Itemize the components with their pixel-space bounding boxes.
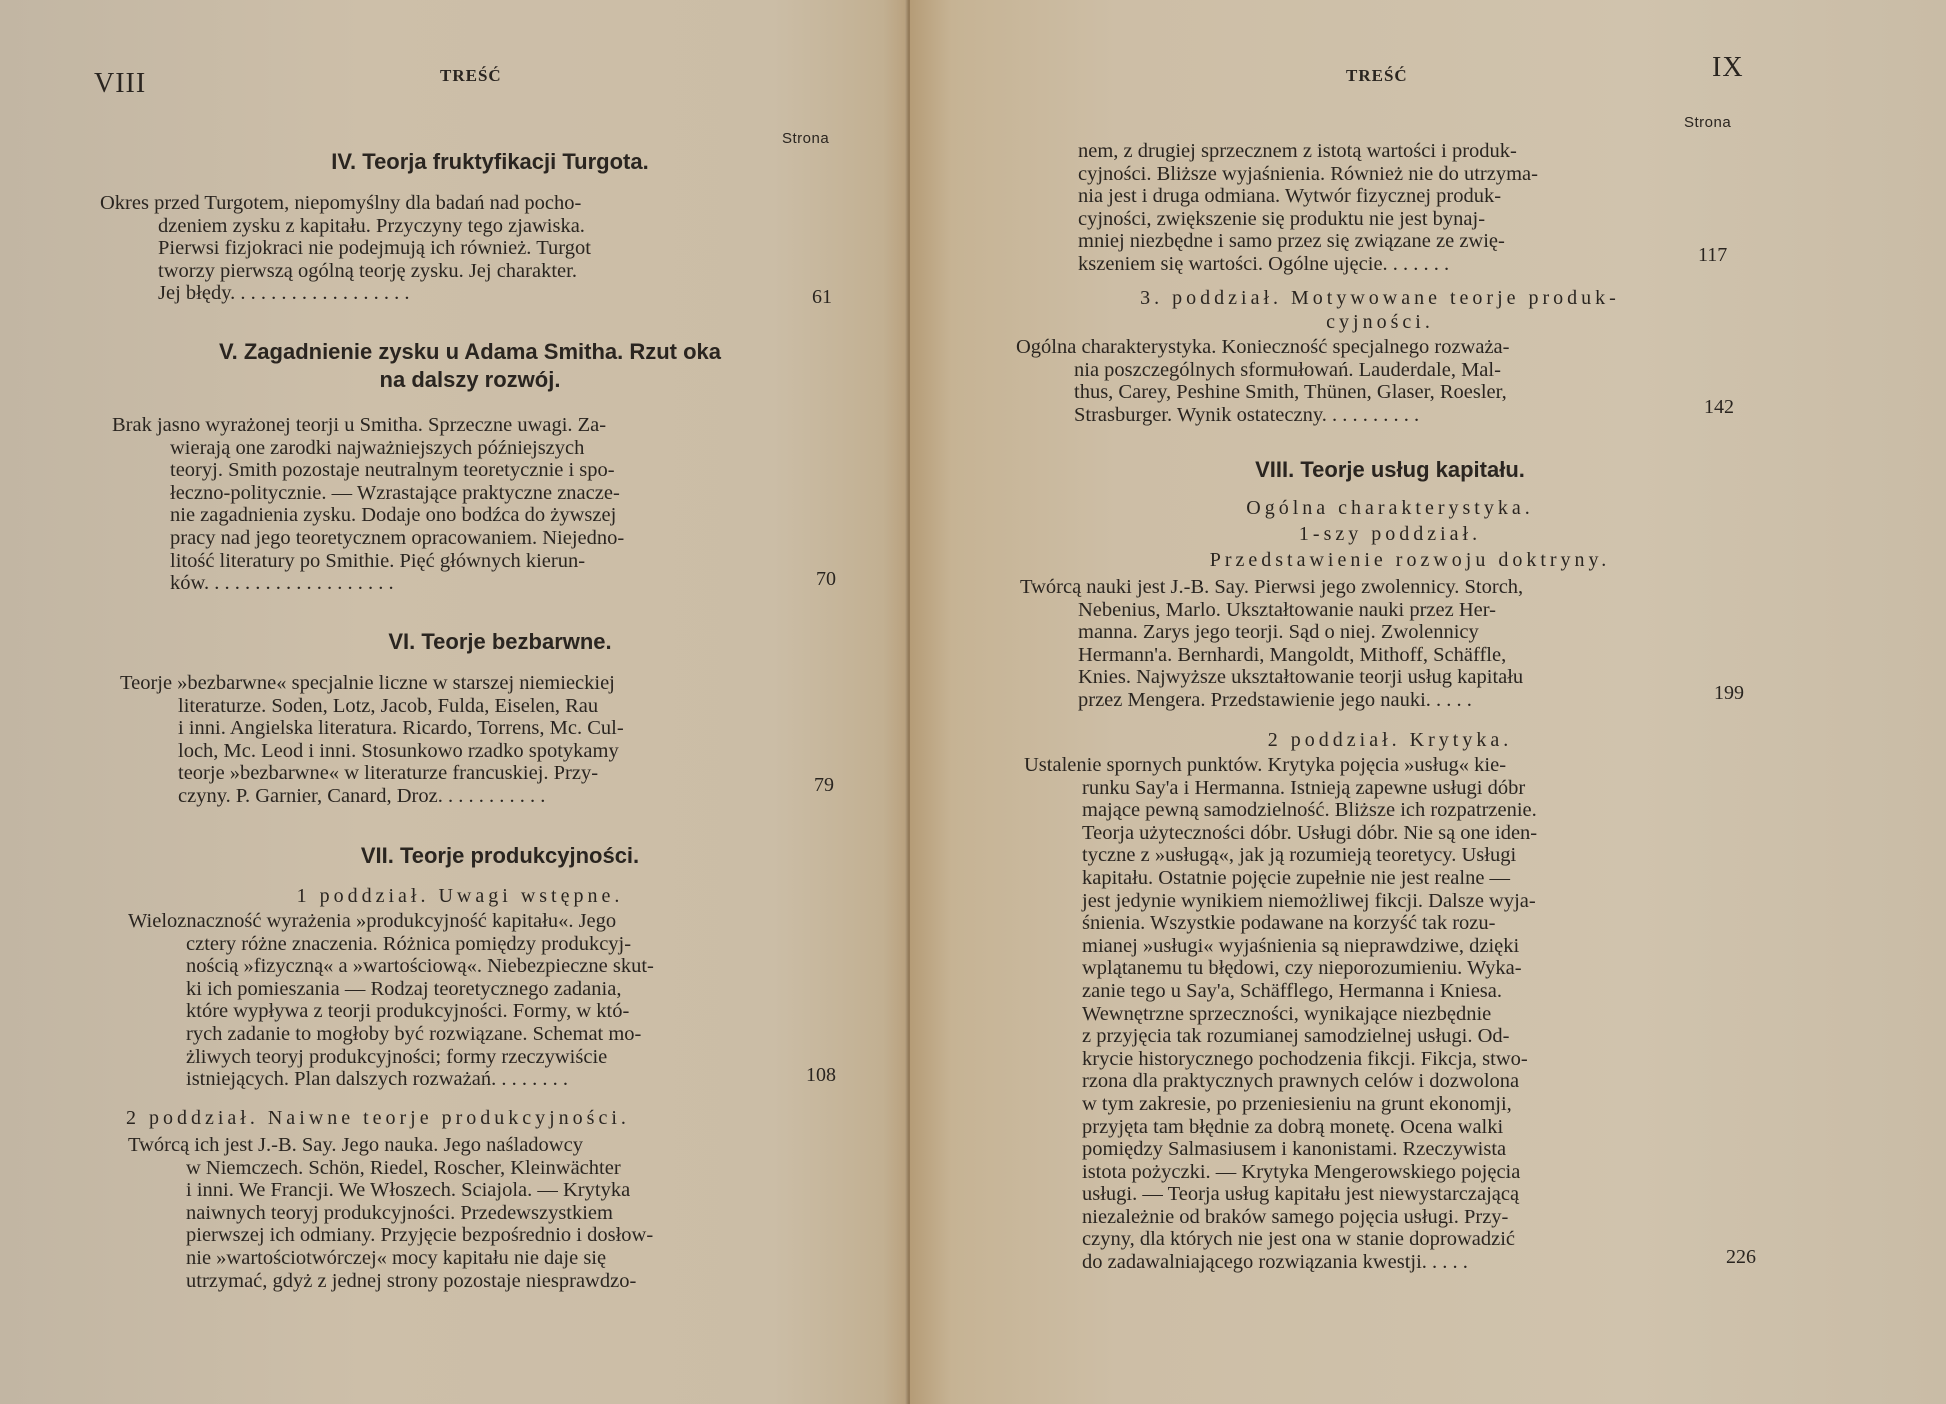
entry-line: przyjęta tam błędnie za dobrą monetę. Oc… [1024, 1116, 1724, 1139]
entry-line: nem, z drugiej sprzecznem z istotą warto… [1078, 140, 1698, 163]
page-number-142: 142 [1704, 396, 1734, 419]
toc-entry-vii-1: Wieloznaczność wyrażenia »produkcyjność … [128, 910, 788, 1091]
chapter-heading-v: V. Zagadnienie zysku u Adama Smitha. Rzu… [140, 338, 800, 394]
entry-line: Teorja użyteczności dóbr. Usługi dóbr. N… [1024, 822, 1724, 845]
heading-line: V. Zagadnienie zysku u Adama Smitha. Rzu… [140, 338, 800, 366]
entry-line: łeczno-politycznie. — Wzrastające prakty… [112, 482, 792, 505]
page-number-199: 199 [1714, 682, 1744, 705]
page-folio-left: VIII [94, 68, 146, 100]
entry-line: Hermann'a. Bernhardi, Mangoldt, Mithoff,… [1020, 644, 1710, 667]
entry-line: loch, Mc. Leod i inni. Stosunkowo rzadko… [120, 740, 790, 763]
entry-line: czyny, dla których nie jest ona w stanie… [1024, 1228, 1724, 1251]
entry-line: i inni. We Francji. We Włoszech. Sciajol… [128, 1179, 788, 1202]
entry-line: żliwych teoryj produkcyjności; formy rze… [128, 1046, 788, 1069]
entry-line: teoryj. Smith pozostaje neutralnym teore… [112, 459, 792, 482]
entry-line: mniej niezbędne i samo przez się związan… [1078, 230, 1698, 253]
entry-line: niezależnie od braków samego pojęcia usł… [1024, 1206, 1724, 1229]
toc-entry-viii-2: Ustalenie spornych punktów. Krytyka poję… [1024, 754, 1724, 1274]
entry-line: w Niemczech. Schön, Riedel, Roscher, Kle… [128, 1157, 788, 1180]
entry-line: teorje »bezbarwne« w literaturze francus… [120, 762, 790, 785]
subhead-doctrine: Przedstawienie rozwoju doktryny. [1090, 548, 1730, 572]
entry-line: tworzy pierwszą ogólną teorję zysku. Jej… [100, 260, 780, 283]
page-number-70: 70 [816, 568, 836, 591]
entry-line: Teorje »bezbarwne« specjalnie liczne w s… [120, 672, 790, 695]
entry-line: pracy nad jego teoretycznem opracowaniem… [112, 527, 792, 550]
subhead-general: Ogólna charakterystyka. [1090, 496, 1690, 520]
entry-line: w tym zakresie, po przeniesieniu na grun… [1024, 1093, 1724, 1116]
entry-line: czyny. P. Garnier, Canard, Droz. . . . .… [120, 785, 790, 808]
entry-line: Nebenius, Marlo. Ukształtowanie nauki pr… [1020, 599, 1710, 622]
entry-line: mające pewną samodzielność. Bliższe ich … [1024, 799, 1724, 822]
entry-line: manna. Zarys jego teorji. Sąd o niej. Zw… [1020, 621, 1710, 644]
title-line: 3. poddział. Motywowane teorje produk- [1060, 286, 1700, 310]
entry-line: kszeniem się wartości. Ogólne ujęcie. . … [1078, 253, 1698, 276]
entry-line: runku Say'a i Hermanna. Istnieją zapewne… [1024, 777, 1724, 800]
entry-line: Knies. Najwyższe ukształtowanie teorji u… [1020, 666, 1710, 689]
entry-line: wierają one zarodki najważniejszych późn… [112, 437, 792, 460]
entry-line: jest jedynie wynikiem niemożliwej fikcji… [1024, 890, 1724, 913]
entry-line: które wypływa z teorji produkcyjności. F… [128, 1000, 788, 1023]
subhead-subdivision-1: 1-szy poddział. [1090, 522, 1690, 546]
entry-line: nością »fizyczną« a »wartościową«. Niebe… [128, 955, 788, 978]
entry-line: istota pożyczki. — Krytyka Mengerowskieg… [1024, 1161, 1724, 1184]
toc-entry-v: Brak jasno wyrażonej teorji u Smitha. Sp… [112, 414, 792, 595]
entry-line: mianej »usługi« wyjaśnienia są nieprawdz… [1024, 935, 1724, 958]
page-number-79: 79 [814, 774, 834, 797]
entry-line: zanie tego u Say'a, Schäfflego, Hermanna… [1024, 980, 1724, 1003]
entry-line: z przyjęcia tak rozumianej samodzielnej … [1024, 1025, 1724, 1048]
entry-line: rzona dla praktycznych prawnych celów i … [1024, 1070, 1724, 1093]
entry-line: cyjności, zwiększenie się produktu nie j… [1078, 208, 1698, 231]
entry-line: utrzymać, gdyż z jednej strony pozostaje… [128, 1270, 788, 1293]
page-number-61: 61 [812, 286, 832, 309]
entry-line: nie zagadnienia zysku. Dodaje ono bodźca… [112, 504, 792, 527]
page-column-label-right: Strona [1684, 114, 1731, 131]
entry-line: Jej błędy. . . . . . . . . . . . . . . .… [100, 282, 780, 305]
entry-line: Brak jasno wyrażonej teorji u Smitha. Sp… [112, 414, 792, 437]
entry-line: ków. . . . . . . . . . . . . . . . . . . [112, 572, 792, 595]
left-page: VIII TREŚĆ Strona IV. Teorja fruktyfikac… [0, 0, 910, 1404]
entry-line: litość literatury po Smithie. Pięć główn… [112, 550, 792, 573]
chapter-heading-vi: VI. Teorje bezbarwne. [200, 628, 800, 656]
page-number-108: 108 [806, 1064, 836, 1087]
entry-line: Okres przed Turgotem, niepomyślny dla ba… [100, 192, 780, 215]
entry-line: pomiędzy Salmasiusem i kanonistami. Rzec… [1024, 1138, 1724, 1161]
entry-line: thus, Carey, Peshine Smith, Thünen, Glas… [1016, 381, 1696, 404]
toc-entry-vii-3: Ogólna charakterystyka. Konieczność spec… [1016, 336, 1696, 426]
subdivision-title-vii-3: 3. poddział. Motywowane teorje produk- c… [1060, 286, 1700, 334]
entry-line: Pierwsi fizjokraci nie podejmują ich rów… [100, 237, 780, 260]
entry-line: dzeniem zysku z kapitału. Przyczyny tego… [100, 215, 780, 238]
chapter-heading-viii: VIII. Teorje usług kapitału. [1090, 456, 1690, 484]
entry-line: literaturze. Soden, Lotz, Jacob, Fulda, … [120, 695, 790, 718]
book-spread: VIII TREŚĆ Strona IV. Teorja fruktyfikac… [0, 0, 1946, 1404]
page-column-label-left: Strona [782, 130, 829, 147]
page-number-226: 226 [1726, 1246, 1756, 1269]
running-head-left: TREŚĆ [440, 66, 502, 86]
subdivision-title-viii-2: 2 poddział. Krytyka. [1090, 728, 1690, 752]
chapter-heading-iv: IV. Teorja fruktyfikacji Turgota. [190, 148, 790, 176]
entry-line: Strasburger. Wynik ostateczny. . . . . .… [1016, 404, 1696, 427]
toc-entry-continuation: nem, z drugiej sprzecznem z istotą warto… [1078, 140, 1698, 276]
entry-line: ki ich pomieszania — Rodzaj teoretyczneg… [128, 978, 788, 1001]
entry-line: Ustalenie spornych punktów. Krytyka poję… [1024, 754, 1724, 777]
right-page: TREŚĆ IX Strona nem, z drugiej sprzeczne… [910, 0, 1946, 1404]
entry-line: nie »wartościotwórczej« mocy kapitału ni… [128, 1247, 788, 1270]
subdivision-title-vii-1: 1 poddział. Uwagi wstępne. [160, 884, 760, 908]
chapter-heading-vii: VII. Teorje produkcyjności. [200, 842, 800, 870]
entry-line: nia jest i druga odmiana. Wytwór fizyczn… [1078, 185, 1698, 208]
entry-line: Twórcą nauki jest J.-B. Say. Pierwsi jeg… [1020, 576, 1710, 599]
entry-line: kapitału. Ostatnie pojęcie zupełnie nie … [1024, 867, 1724, 890]
entry-line: pierwszej ich odmiany. Przyjęcie bezpośr… [128, 1224, 788, 1247]
entry-line: nia poszczególnych sformułowań. Lauderda… [1016, 359, 1696, 382]
entry-line: Twórcą ich jest J.-B. Say. Jego nauka. J… [128, 1134, 788, 1157]
entry-line: Wieloznaczność wyrażenia »produkcyjność … [128, 910, 788, 933]
toc-entry-vi: Teorje »bezbarwne« specjalnie liczne w s… [120, 672, 790, 808]
entry-line: wplątanemu tu błędowi, czy nieporozumien… [1024, 957, 1724, 980]
page-number-117: 117 [1698, 244, 1727, 267]
page-folio-right: IX [1712, 52, 1744, 84]
entry-line: istniejących. Plan dalszych rozważań. . … [128, 1068, 788, 1091]
entry-line: do zadawalniającego rozwiązania kwestji.… [1024, 1251, 1724, 1274]
entry-line: cztery różne znaczenia. Różnica pomiędzy… [128, 933, 788, 956]
running-head-right: TREŚĆ [1346, 66, 1408, 86]
entry-line: śnienia. Wszystkie podawane na korzyść t… [1024, 912, 1724, 935]
entry-line: Wewnętrzne sprzeczności, wynikające niez… [1024, 1003, 1724, 1026]
entry-line: tyczne z »usługą«, jak ją rozumieją teor… [1024, 844, 1724, 867]
entry-line: rych zadanie to mogłoby być rozwiązane. … [128, 1023, 788, 1046]
toc-entry-viii-1: Twórcą nauki jest J.-B. Say. Pierwsi jeg… [1020, 576, 1710, 712]
subdivision-title-vii-2: 2 poddział. Naiwne teorje produkcyjności… [126, 1106, 806, 1130]
entry-line: i inni. Angielska literatura. Ricardo, T… [120, 717, 790, 740]
entry-line: przez Mengera. Przedstawienie jego nauki… [1020, 689, 1710, 712]
entry-line: cyjności. Bliższe wyjaśnienia. Również n… [1078, 163, 1698, 186]
title-line: cyjności. [1060, 310, 1700, 334]
toc-entry-iv: Okres przed Turgotem, niepomyślny dla ba… [100, 192, 780, 305]
entry-line: usługi. — Teorja usług kapitału jest nie… [1024, 1183, 1724, 1206]
entry-line: Ogólna charakterystyka. Konieczność spec… [1016, 336, 1696, 359]
toc-entry-vii-2: Twórcą ich jest J.-B. Say. Jego nauka. J… [128, 1134, 788, 1292]
entry-line: krycie historycznego pochodzenia fikcji.… [1024, 1048, 1724, 1071]
entry-line: naiwnych teoryj produkcyjności. Przedews… [128, 1202, 788, 1225]
heading-line: na dalszy rozwój. [140, 366, 800, 394]
